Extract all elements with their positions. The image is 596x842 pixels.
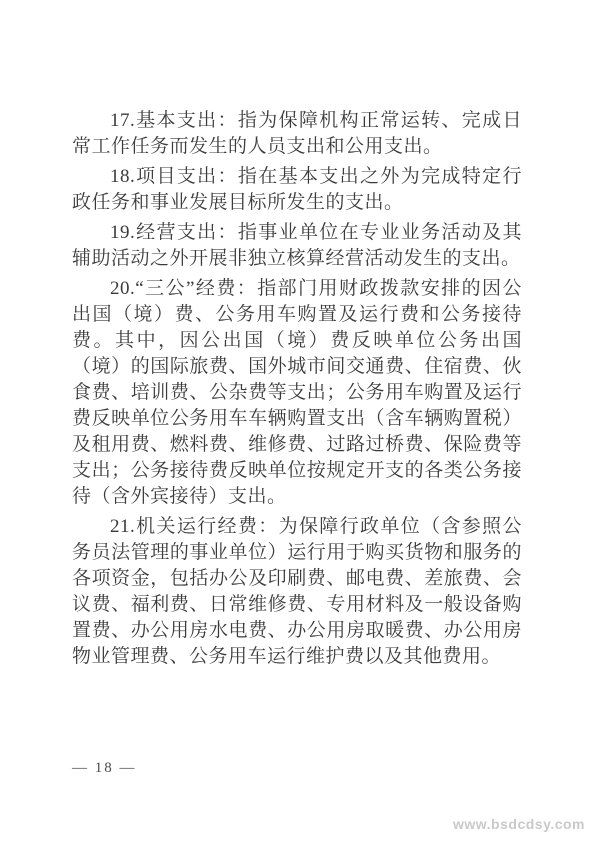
document-page: 17.基本支出：指为保障机构正常运转、完成日常工作任务而发生的人员支出和公用支出… [0, 0, 596, 842]
paragraph-21-agency-operating-funds: 21.机关运行经费：为保障行政单位（含参照公务员法管理的事业单位）运行用于购买货… [72, 514, 522, 670]
paragraph-17-basic-expenditure: 17.基本支出：指为保障机构正常运转、完成日常工作任务而发生的人员支出和公用支出… [72, 108, 522, 160]
page-number: — 18 — [72, 760, 137, 777]
watermark-url: www.bsdcdsy.com [453, 816, 585, 832]
paragraph-20-three-public-funds: 20.“三公”经费：指部门用财政拨款安排的因公出国（境）费、公务用车购置及运行费… [72, 276, 522, 510]
paragraph-18-project-expenditure: 18.项目支出：指在基本支出之外为完成特定行政任务和事业发展目标所发生的支出。 [72, 164, 522, 216]
document-body: 17.基本支出：指为保障机构正常运转、完成日常工作任务而发生的人员支出和公用支出… [72, 108, 522, 670]
paragraph-19-operating-expenditure: 19.经营支出：指事业单位在专业业务活动及其辅助活动之外开展非独立核算经营活动发… [72, 220, 522, 272]
